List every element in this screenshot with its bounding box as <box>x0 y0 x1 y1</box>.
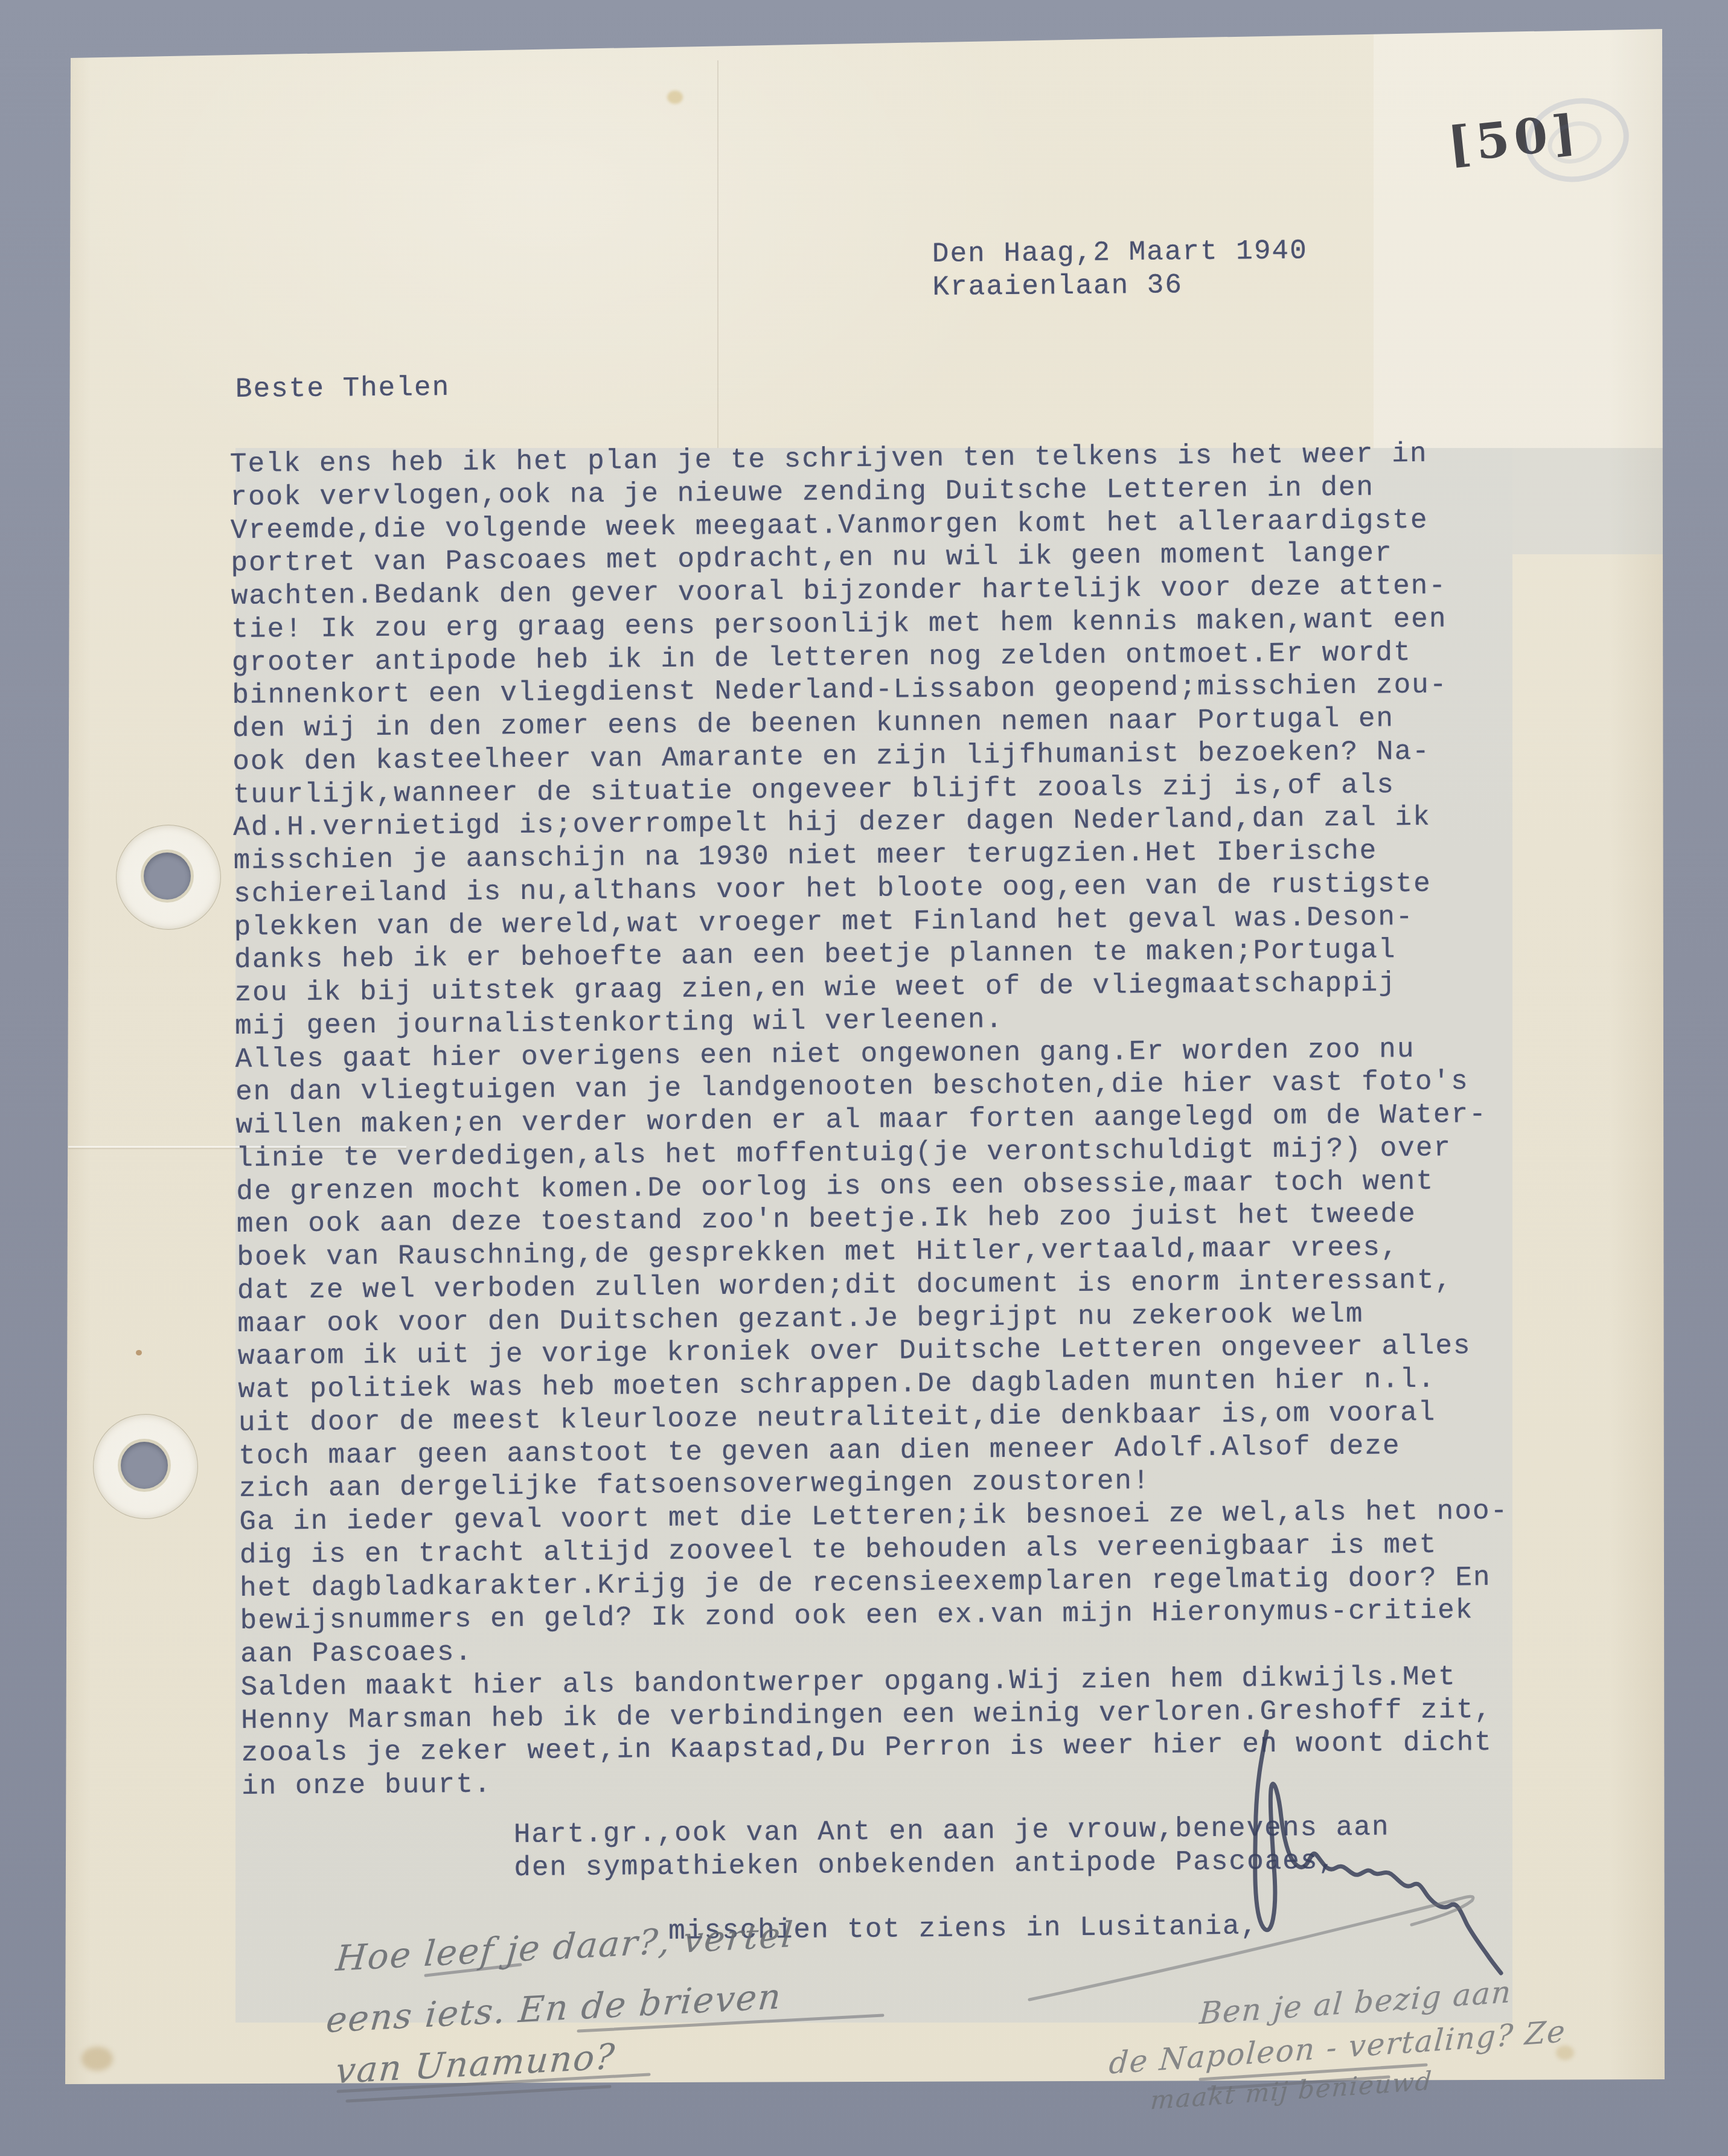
typed-line: Kraaienlaan 36 <box>932 267 1308 304</box>
date-address-block: Den Haag,2 Maart 1940Kraaienlaan 36 <box>932 235 1308 304</box>
typewritten-layer: Den Haag,2 Maart 1940Kraaienlaan 36 Best… <box>0 0 1728 2156</box>
salutation: Beste Thelen <box>235 371 450 406</box>
closing-block: Hart.gr.,ook van Ant en aan je vrouw,ben… <box>514 1811 1390 1884</box>
typed-line: den sympathieken onbekenden antipode Pas… <box>514 1844 1390 1884</box>
scan-background: Den Haag,2 Maart 1940Kraaienlaan 36 Best… <box>0 0 1728 2156</box>
typed-line: Den Haag,2 Maart 1940 <box>932 235 1308 271</box>
letter-body: Telk ens heb ik het plan je te schrijven… <box>230 437 1511 1803</box>
